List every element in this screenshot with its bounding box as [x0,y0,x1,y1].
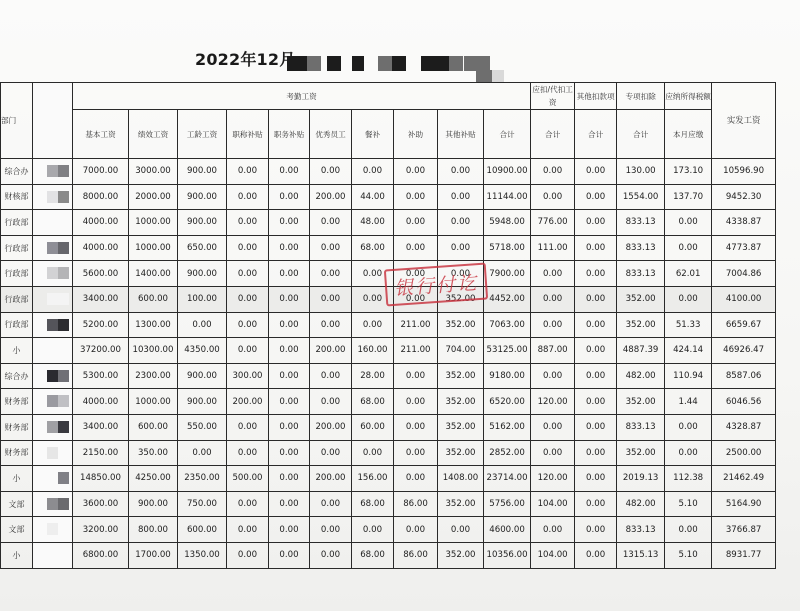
value-cell: 900.00 [178,159,227,185]
value-cell: 352.00 [438,389,484,415]
value-cell: 0.00 [310,517,352,543]
value-cell: 6046.56 [712,389,776,415]
header-col-11: 合计 [575,110,617,159]
value-cell: 0.00 [227,338,269,364]
value-cell: 9180.00 [484,363,531,389]
value-cell: 0.00 [227,184,269,210]
name-cell-redacted [33,414,73,440]
value-cell: 3000.00 [129,159,178,185]
dept-cell: 小 [1,338,33,364]
value-cell: 0.00 [531,517,575,543]
value-cell: 68.00 [352,491,394,517]
dept-cell: 行政部 [1,286,33,312]
value-cell: 5.10 [665,491,712,517]
value-cell: 0.00 [531,363,575,389]
value-cell: 1700.00 [129,542,178,568]
header-net-pay: 实发工资 [712,83,776,159]
table-row: 小14850.004250.002350.00500.000.00200.001… [1,466,776,492]
table-row: 综合办5300.002300.00900.00300.000.000.0028.… [1,363,776,389]
value-cell: 352.00 [438,491,484,517]
header-col-8: 其他补贴 [438,110,484,159]
header-col-7: 补助 [394,110,438,159]
name-cell-redacted [33,389,73,415]
value-cell: 68.00 [352,389,394,415]
value-cell: 704.00 [438,338,484,364]
header-col-3: 职称补贴 [227,110,269,159]
header-taxable-income: 应纳所得税额 [665,83,712,110]
table-row: 综合办7000.003000.00900.000.000.000.000.000… [1,159,776,185]
value-cell: 0.00 [227,312,269,338]
value-cell: 300.00 [227,363,269,389]
value-cell: 0.00 [269,184,310,210]
value-cell: 100.00 [178,286,227,312]
value-cell: 0.00 [310,261,352,287]
header-other-deductions: 其他扣款项 [575,83,617,110]
value-cell: 3400.00 [73,414,129,440]
value-cell: 650.00 [178,235,227,261]
value-cell: 0.00 [575,235,617,261]
value-cell: 352.00 [617,389,665,415]
value-cell: 68.00 [352,235,394,261]
value-cell: 0.00 [227,159,269,185]
value-cell: 120.00 [531,389,575,415]
value-cell: 86.00 [394,542,438,568]
table-row: 行政部4000.001000.00650.000.000.000.0068.00… [1,235,776,261]
value-cell: 4452.00 [484,286,531,312]
value-cell: 4000.00 [73,389,129,415]
value-cell: 0.00 [178,312,227,338]
value-cell: 0.00 [531,159,575,185]
value-cell: 21462.49 [712,466,776,492]
name-cell-redacted [33,440,73,466]
value-cell: 0.00 [394,184,438,210]
value-cell: 0.00 [394,210,438,236]
value-cell: 2300.00 [129,363,178,389]
value-cell: 0.00 [178,440,227,466]
value-cell: 5718.00 [484,235,531,261]
value-cell: 200.00 [310,184,352,210]
value-cell: 900.00 [178,184,227,210]
value-cell: 482.00 [617,491,665,517]
value-cell: 500.00 [227,466,269,492]
value-cell: 8000.00 [73,184,129,210]
value-cell: 11144.00 [484,184,531,210]
value-cell: 600.00 [129,286,178,312]
value-cell: 3600.00 [73,491,129,517]
value-cell: 352.00 [617,286,665,312]
bank-paid-stamp: 银行付讫 [384,262,488,306]
value-cell: 4000.00 [73,235,129,261]
dept-cell: 财务部 [1,414,33,440]
name-cell-redacted [33,491,73,517]
value-cell: 352.00 [617,440,665,466]
value-cell: 0.00 [665,210,712,236]
payroll-sheet: 2022年12月 部门 考勤工资 应扣/代扣工资 其他扣款项 专项扣除 [0,0,800,611]
value-cell: 352.00 [438,312,484,338]
value-cell: 0.00 [269,312,310,338]
header-col-13: 本月应缴 [665,110,712,159]
value-cell: 0.00 [575,542,617,568]
value-cell: 14850.00 [73,466,129,492]
value-cell: 0.00 [575,159,617,185]
name-cell-redacted [33,210,73,236]
value-cell: 0.00 [575,261,617,287]
dept-cell: 财核部 [1,184,33,210]
value-cell: 0.00 [269,159,310,185]
value-cell: 2150.00 [73,440,129,466]
value-cell: 10300.00 [129,338,178,364]
value-cell: 104.00 [531,542,575,568]
value-cell: 4000.00 [73,210,129,236]
value-cell: 130.00 [617,159,665,185]
value-cell: 0.00 [438,184,484,210]
document-title: 2022年12月 [195,47,295,70]
value-cell: 0.00 [394,517,438,543]
value-cell: 1000.00 [129,210,178,236]
value-cell: 62.01 [665,261,712,287]
header-col-5: 优秀员工 [310,110,352,159]
value-cell: 0.00 [438,159,484,185]
name-cell-redacted [33,517,73,543]
value-cell: 4250.00 [129,466,178,492]
table-row: 小6800.001700.001350.000.000.000.0068.008… [1,542,776,568]
value-cell: 5756.00 [484,491,531,517]
value-cell: 900.00 [129,491,178,517]
value-cell: 0.00 [227,542,269,568]
name-cell-redacted [33,159,73,185]
value-cell: 48.00 [352,210,394,236]
value-cell: 0.00 [269,466,310,492]
value-cell: 0.00 [394,235,438,261]
value-cell: 0.00 [352,517,394,543]
table-row: 文部3600.00900.00750.000.000.000.0068.0086… [1,491,776,517]
value-cell: 0.00 [438,517,484,543]
value-cell: 120.00 [531,466,575,492]
value-cell: 0.00 [269,389,310,415]
dept-cell: 文部 [1,517,33,543]
value-cell: 6800.00 [73,542,129,568]
value-cell: 482.00 [617,363,665,389]
value-cell: 60.00 [352,414,394,440]
dept-cell: 综合办 [1,159,33,185]
value-cell: 0.00 [394,363,438,389]
value-cell: 5162.00 [484,414,531,440]
value-cell: 352.00 [438,440,484,466]
value-cell: 68.00 [352,542,394,568]
value-cell: 0.00 [227,517,269,543]
value-cell: 0.00 [310,363,352,389]
value-cell: 6520.00 [484,389,531,415]
dept-cell: 综合办 [1,363,33,389]
value-cell: 0.00 [310,542,352,568]
dept-cell: 行政部 [1,261,33,287]
value-cell: 0.00 [665,235,712,261]
value-cell: 0.00 [227,491,269,517]
value-cell: 833.13 [617,210,665,236]
value-cell: 10900.00 [484,159,531,185]
value-cell: 0.00 [310,235,352,261]
table-row: 行政部5200.001300.000.000.000.000.000.00211… [1,312,776,338]
name-cell-redacted [33,261,73,287]
header-col-9: 合计 [484,110,531,159]
value-cell: 0.00 [575,389,617,415]
value-cell: 0.00 [269,363,310,389]
value-cell: 5948.00 [484,210,531,236]
value-cell: 0.00 [531,261,575,287]
value-cell: 600.00 [129,414,178,440]
value-cell: 0.00 [310,210,352,236]
value-cell: 0.00 [227,286,269,312]
value-cell: 0.00 [394,466,438,492]
value-cell: 1000.00 [129,389,178,415]
value-cell: 8931.77 [712,542,776,568]
value-cell: 4350.00 [178,338,227,364]
value-cell: 3400.00 [73,286,129,312]
value-cell: 887.00 [531,338,575,364]
value-cell: 1350.00 [178,542,227,568]
value-cell: 350.00 [129,440,178,466]
name-cell-redacted [33,363,73,389]
value-cell: 53125.00 [484,338,531,364]
value-cell: 900.00 [178,389,227,415]
value-cell: 0.00 [310,440,352,466]
value-cell: 3200.00 [73,517,129,543]
value-cell: 1000.00 [129,235,178,261]
value-cell: 156.00 [352,466,394,492]
value-cell: 1554.00 [617,184,665,210]
value-cell: 0.00 [575,491,617,517]
name-cell-redacted [33,286,73,312]
value-cell: 10356.00 [484,542,531,568]
table-row: 文部3200.00800.00600.000.000.000.000.000.0… [1,517,776,543]
table-row: 财务部3400.00600.00550.000.000.00200.0060.0… [1,414,776,440]
value-cell: 900.00 [178,210,227,236]
name-cell-redacted [33,184,73,210]
value-cell: 5.10 [665,542,712,568]
table-row: 财核部8000.002000.00900.000.000.00200.0044.… [1,184,776,210]
value-cell: 0.00 [575,184,617,210]
value-cell: 0.00 [310,389,352,415]
value-cell: 0.00 [575,517,617,543]
value-cell: 0.00 [227,261,269,287]
value-cell: 137.70 [665,184,712,210]
value-cell: 0.00 [665,440,712,466]
value-cell: 0.00 [352,440,394,466]
value-cell: 0.00 [352,159,394,185]
value-cell: 0.00 [310,159,352,185]
value-cell: 200.00 [227,389,269,415]
value-cell: 0.00 [269,261,310,287]
value-cell: 200.00 [310,466,352,492]
value-cell: 0.00 [269,414,310,440]
name-cell-redacted [33,312,73,338]
header-col-0: 基本工资 [73,110,129,159]
value-cell: 0.00 [269,517,310,543]
value-cell: 550.00 [178,414,227,440]
value-cell: 10596.90 [712,159,776,185]
value-cell: 0.00 [665,414,712,440]
header-attendance-pay: 考勤工资 [73,83,531,110]
value-cell: 900.00 [178,363,227,389]
value-cell: 112.38 [665,466,712,492]
value-cell: 0.00 [352,312,394,338]
value-cell: 7900.00 [484,261,531,287]
value-cell: 0.00 [227,235,269,261]
value-cell: 4600.00 [484,517,531,543]
value-cell: 160.00 [352,338,394,364]
header-col-1: 绩效工资 [129,110,178,159]
value-cell: 0.00 [665,286,712,312]
value-cell: 2000.00 [129,184,178,210]
value-cell: 0.00 [394,414,438,440]
dept-cell: 行政部 [1,235,33,261]
value-cell: 4773.87 [712,235,776,261]
value-cell: 833.13 [617,414,665,440]
header-dept: 部门 [1,83,33,159]
value-cell: 9452.30 [712,184,776,210]
value-cell: 44.00 [352,184,394,210]
value-cell: 0.00 [531,440,575,466]
value-cell: 7063.00 [484,312,531,338]
name-cell-redacted [33,338,73,364]
value-cell: 1408.00 [438,466,484,492]
payroll-table: 部门 考勤工资 应扣/代扣工资 其他扣款项 专项扣除 应纳所得税额 实发工资 基… [0,82,776,569]
value-cell: 0.00 [394,440,438,466]
value-cell: 37200.00 [73,338,129,364]
value-cell: 0.00 [575,363,617,389]
value-cell: 200.00 [310,414,352,440]
value-cell: 5164.90 [712,491,776,517]
table-row: 财务部2150.00350.000.000.000.000.000.000.00… [1,440,776,466]
value-cell: 5600.00 [73,261,129,287]
value-cell: 2500.00 [712,440,776,466]
value-cell: 900.00 [178,261,227,287]
value-cell: 2852.00 [484,440,531,466]
value-cell: 200.00 [310,338,352,364]
value-cell: 0.00 [665,517,712,543]
value-cell: 1.44 [665,389,712,415]
value-cell: 0.00 [575,414,617,440]
value-cell: 7004.86 [712,261,776,287]
header-col-6: 餐补 [352,110,394,159]
value-cell: 5200.00 [73,312,129,338]
name-cell-redacted [33,542,73,568]
dept-cell: 行政部 [1,312,33,338]
value-cell: 4338.87 [712,210,776,236]
value-cell: 0.00 [531,184,575,210]
value-cell: 800.00 [129,517,178,543]
value-cell: 46926.47 [712,338,776,364]
value-cell: 211.00 [394,312,438,338]
value-cell: 5300.00 [73,363,129,389]
value-cell: 211.00 [394,338,438,364]
header-name-redacted [33,83,73,159]
value-cell: 0.00 [531,414,575,440]
value-cell: 4100.00 [712,286,776,312]
value-cell: 0.00 [269,286,310,312]
value-cell: 86.00 [394,491,438,517]
value-cell: 600.00 [178,517,227,543]
value-cell: 352.00 [438,542,484,568]
value-cell: 110.94 [665,363,712,389]
value-cell: 0.00 [531,286,575,312]
value-cell: 0.00 [310,312,352,338]
value-cell: 173.10 [665,159,712,185]
value-cell: 0.00 [269,440,310,466]
value-cell: 0.00 [394,159,438,185]
value-cell: 352.00 [438,414,484,440]
value-cell: 0.00 [269,338,310,364]
dept-cell: 小 [1,466,33,492]
value-cell: 111.00 [531,235,575,261]
value-cell: 2350.00 [178,466,227,492]
value-cell: 833.13 [617,517,665,543]
value-cell: 4887.39 [617,338,665,364]
value-cell: 0.00 [531,312,575,338]
value-cell: 23714.00 [484,466,531,492]
value-cell: 352.00 [438,363,484,389]
value-cell: 0.00 [438,210,484,236]
value-cell: 0.00 [269,542,310,568]
value-cell: 0.00 [227,440,269,466]
value-cell: 0.00 [394,389,438,415]
value-cell: 833.13 [617,235,665,261]
name-cell-redacted [33,235,73,261]
value-cell: 0.00 [310,286,352,312]
value-cell: 424.14 [665,338,712,364]
dept-cell: 文部 [1,491,33,517]
dept-cell: 小 [1,542,33,568]
value-cell: 6659.67 [712,312,776,338]
value-cell: 0.00 [269,210,310,236]
value-cell: 0.00 [227,414,269,440]
value-cell: 0.00 [269,491,310,517]
name-cell-redacted [33,466,73,492]
table-row: 行政部4000.001000.00900.000.000.000.0048.00… [1,210,776,236]
value-cell: 28.00 [352,363,394,389]
value-cell: 3766.87 [712,517,776,543]
value-cell: 0.00 [575,440,617,466]
value-cell: 8587.06 [712,363,776,389]
header-deduction-withheld: 应扣/代扣工资 [531,83,575,110]
dept-cell: 行政部 [1,210,33,236]
value-cell: 4328.87 [712,414,776,440]
value-cell: 0.00 [575,466,617,492]
header-col-10: 合计 [531,110,575,159]
value-cell: 833.13 [617,261,665,287]
value-cell: 0.00 [269,235,310,261]
value-cell: 2019.13 [617,466,665,492]
value-cell: 0.00 [310,491,352,517]
value-cell: 1300.00 [129,312,178,338]
value-cell: 352.00 [617,312,665,338]
value-cell: 0.00 [575,286,617,312]
value-cell: 0.00 [575,338,617,364]
table-row: 财务部4000.001000.00900.00200.000.000.0068.… [1,389,776,415]
table-row: 小37200.0010300.004350.000.000.00200.0016… [1,338,776,364]
header-special-deductions: 专项扣除 [617,83,665,110]
header-col-12: 合计 [617,110,665,159]
dept-cell: 财务部 [1,440,33,466]
dept-cell: 财务部 [1,389,33,415]
value-cell: 1315.13 [617,542,665,568]
value-cell: 0.00 [575,312,617,338]
value-cell: 750.00 [178,491,227,517]
value-cell: 776.00 [531,210,575,236]
value-cell: 0.00 [227,210,269,236]
value-cell: 0.00 [575,210,617,236]
value-cell: 0.00 [438,235,484,261]
